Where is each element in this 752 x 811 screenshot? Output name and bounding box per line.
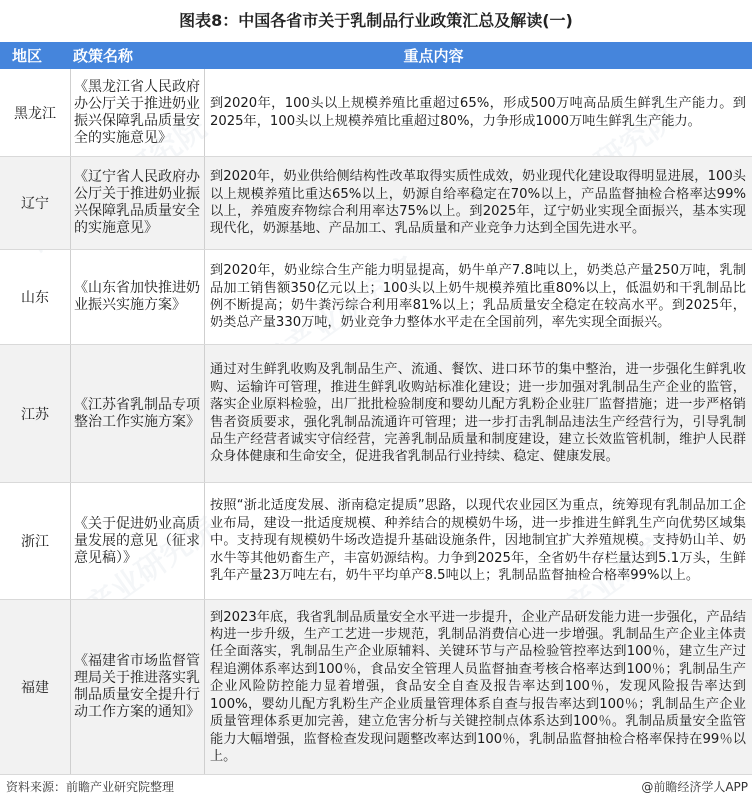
footer: 资料来源：前瞻产业研究院整理 @前瞻经济学人APP xyxy=(6,778,748,798)
region-cell: 山东 xyxy=(0,250,70,344)
source-note: 资料来源：前瞻产业研究院整理 xyxy=(6,778,174,798)
table-row: 黑龙江 《黑龙江省人民政府办公厅关于推进奶业振兴保障乳品质量安全的实施意见》 到… xyxy=(0,69,752,157)
header-region: 地区 xyxy=(0,45,70,66)
header-policy-name: 政策名称 xyxy=(70,45,205,66)
region-cell: 浙江 xyxy=(0,483,70,599)
header-key-content: 重点内容 xyxy=(205,45,752,66)
policy-cell: 《关于促进奶业高质量发展的意见（征求意见稿）》 xyxy=(70,483,205,599)
table-row: 福建 《福建省市场监督管理局关于推进落实乳制品质量安全提升行动工作方案的通知》 … xyxy=(0,600,752,775)
table-row: 辽宁 《辽宁省人民政府办公厅关于推进奶业振兴保障乳品质量安全的实施意见》 到20… xyxy=(0,157,752,250)
policy-cell: 《山东省加快推进奶业振兴实施方案》 xyxy=(70,250,205,344)
page-title: 图表8：中国各省市关于乳制品行业政策汇总及解读(一) xyxy=(0,8,752,31)
policy-cell: 《福建省市场监督管理局关于推进落实乳制品质量安全提升行动工作方案的通知》 xyxy=(70,600,205,774)
table-header: 地区 政策名称 重点内容 xyxy=(0,42,752,69)
content-cell: 按照“浙北适度发展、浙南稳定提质”思路，以现代农业园区为重点，统筹现有乳制品加工… xyxy=(205,483,752,599)
table-row: 江苏 《江苏省乳制品专项整治工作实施方案》 通过对生鲜乳收购及乳制品生产、流通、… xyxy=(0,345,752,483)
content-cell: 到2020年，奶业综合生产能力明显提高，奶牛单产7.8吨以上，奶类总产量250万… xyxy=(205,250,752,344)
credit-label: @前瞻经济学人APP xyxy=(641,778,748,798)
region-cell: 江苏 xyxy=(0,345,70,482)
content-cell: 到2023年底，我省乳制品质量安全水平进一步提升，企业产品研发能力进一步强化，产… xyxy=(205,600,752,774)
policy-cell: 《辽宁省人民政府办公厅关于推进奶业振兴保障乳品质量安全的实施意见》 xyxy=(70,157,205,249)
content-cell: 到2020年，奶业供给侧结构性改革取得实质性成效，奶业现代化建设取得明显进展，1… xyxy=(205,157,752,249)
policy-table: 地区 政策名称 重点内容 黑龙江 《黑龙江省人民政府办公厅关于推进奶业振兴保障乳… xyxy=(0,42,752,775)
table-row: 浙江 《关于促进奶业高质量发展的意见（征求意见稿）》 按照“浙北适度发展、浙南稳… xyxy=(0,483,752,600)
region-cell: 福建 xyxy=(0,600,70,774)
content-cell: 到2020年，100头以上规模养殖比重超过65%，形成500万吨高品质生鲜乳生产… xyxy=(205,69,752,156)
policy-cell: 《黑龙江省人民政府办公厅关于推进奶业振兴保障乳品质量安全的实施意见》 xyxy=(70,69,205,156)
region-cell: 黑龙江 xyxy=(0,69,70,156)
region-cell: 辽宁 xyxy=(0,157,70,249)
policy-cell: 《江苏省乳制品专项整治工作实施方案》 xyxy=(70,345,205,482)
content-cell: 通过对生鲜乳收购及乳制品生产、流通、餐饮、进口环节的集中整治，进一步强化生鲜乳收… xyxy=(205,345,752,482)
table-row: 山东 《山东省加快推进奶业振兴实施方案》 到2020年，奶业综合生产能力明显提高… xyxy=(0,250,752,345)
